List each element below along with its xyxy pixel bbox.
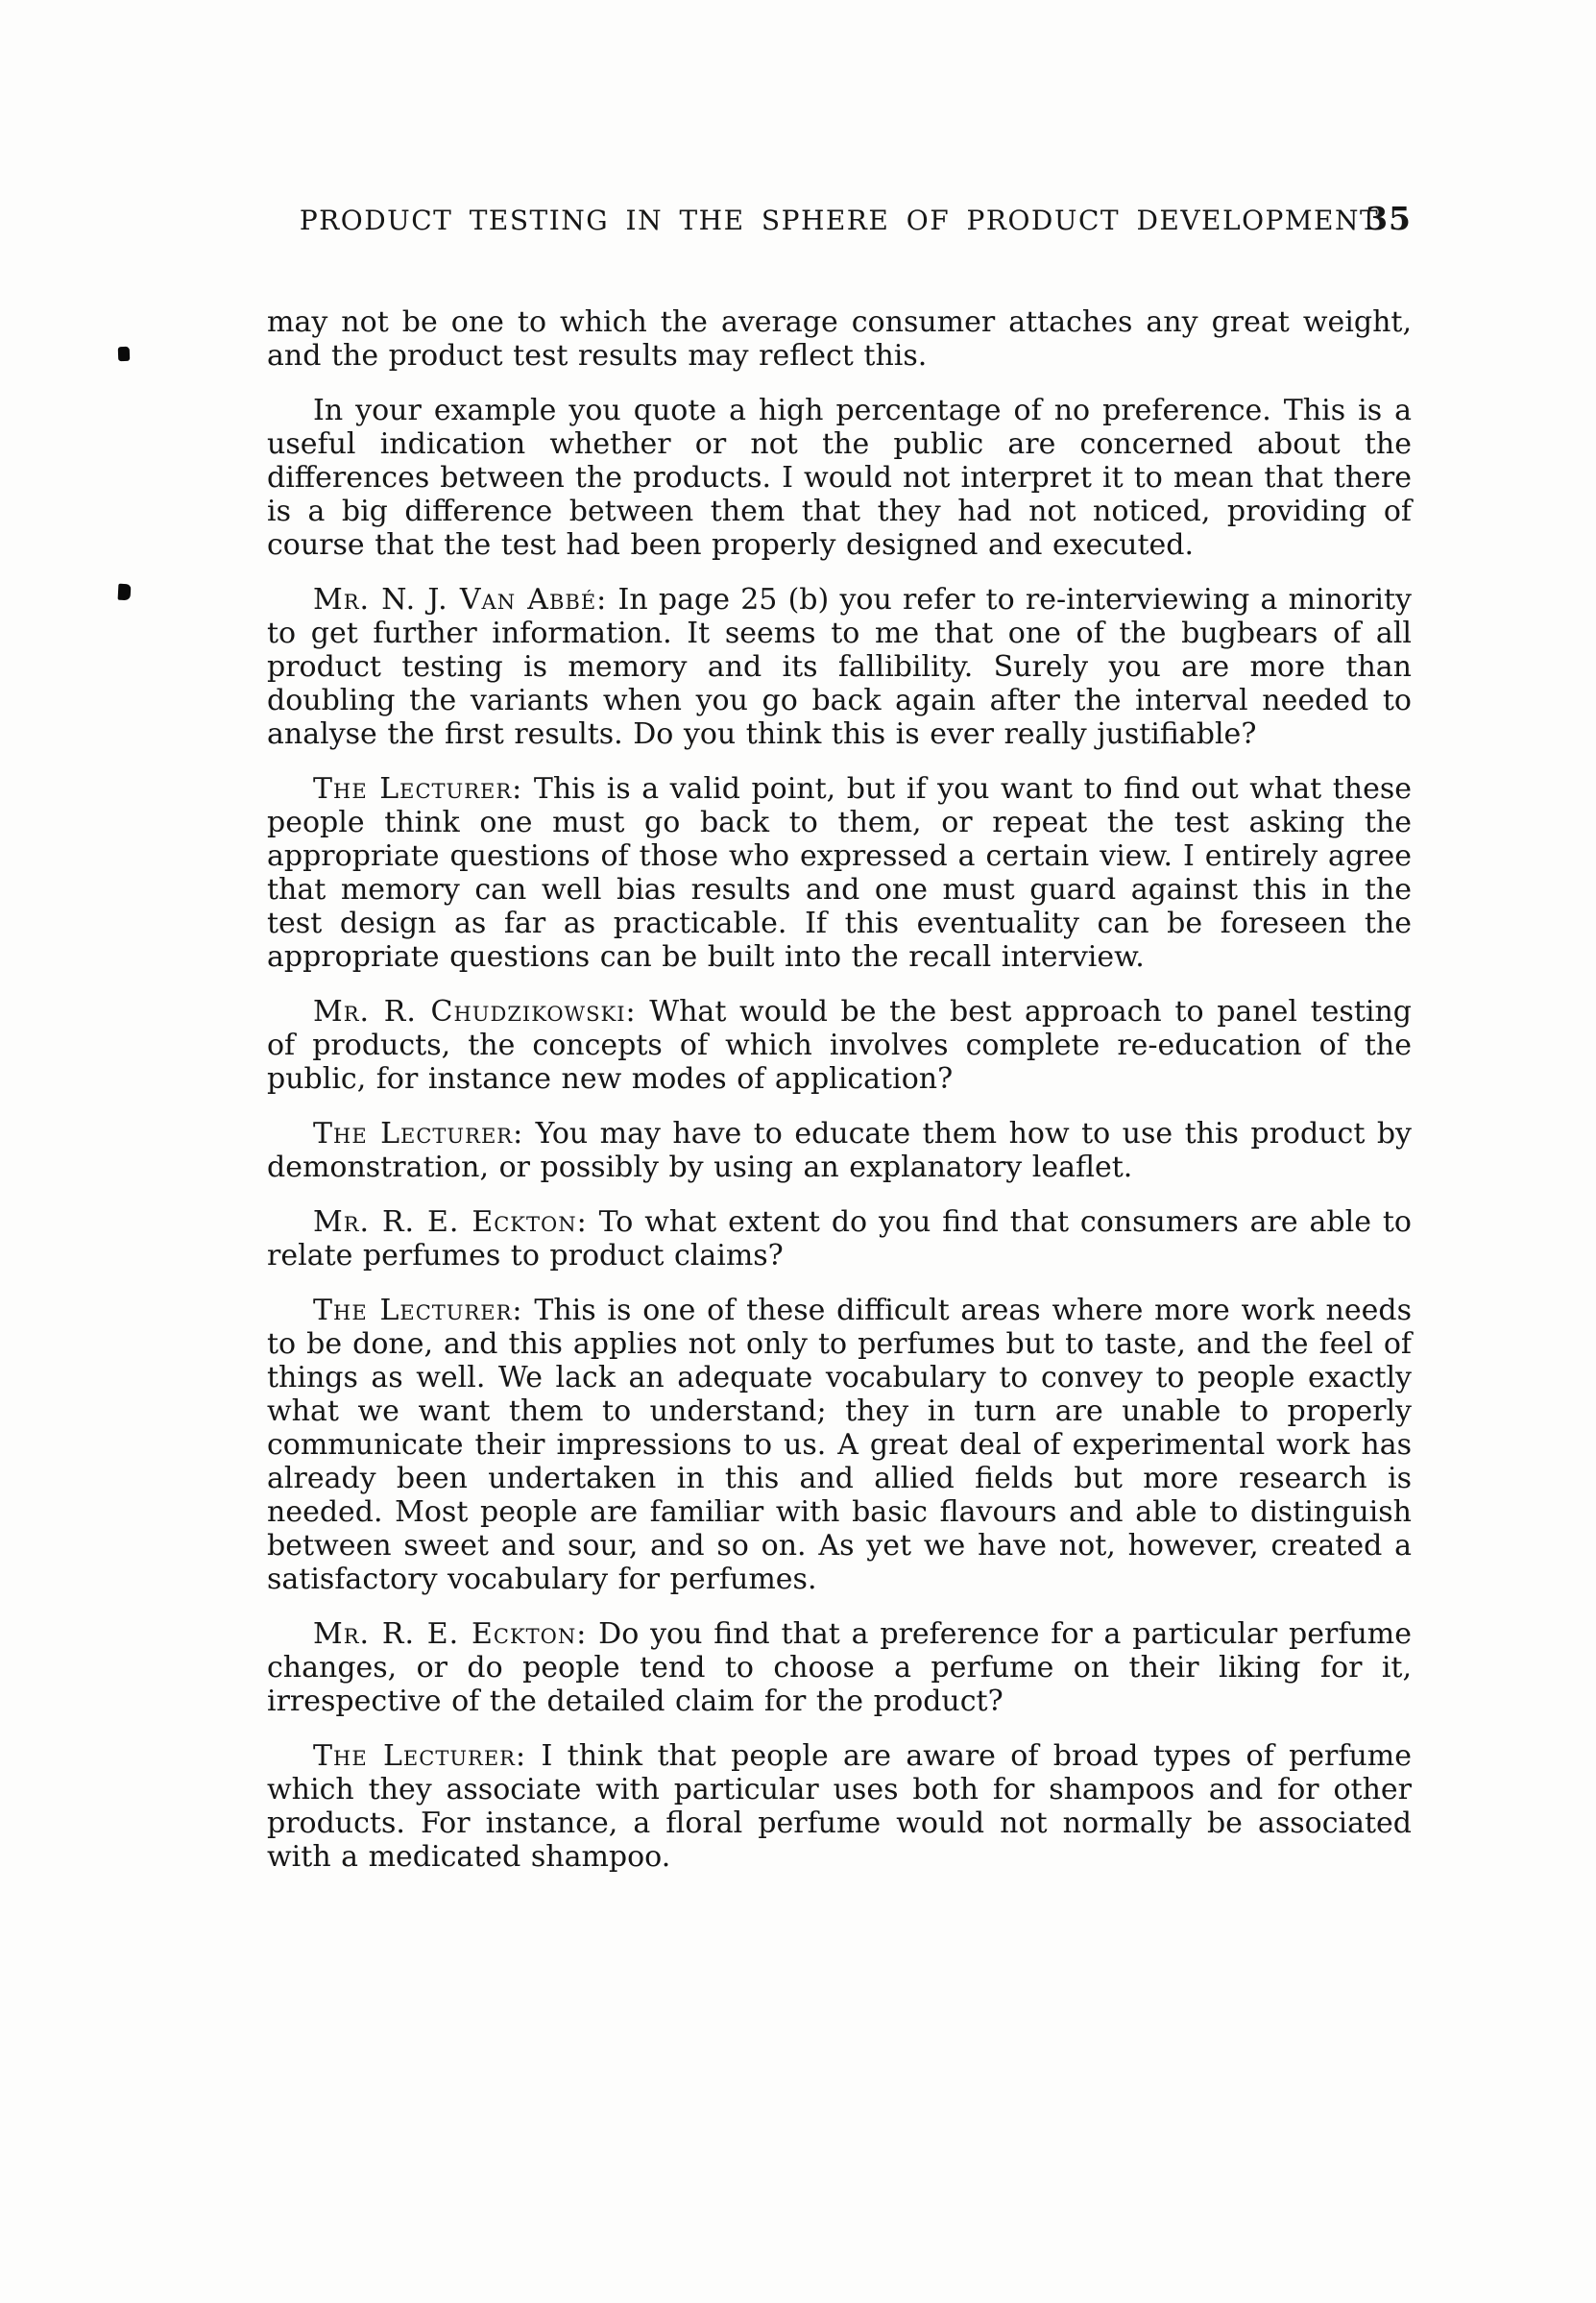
- ink-mark: [118, 584, 132, 601]
- speaker-name: The Lecturer:: [313, 1739, 526, 1773]
- paragraph: The Lecturer: This is one of these diffi…: [267, 1294, 1412, 1596]
- paragraph: Mr. R. E. Eckton: To what extent do you …: [267, 1205, 1412, 1273]
- speaker-name: Mr. N. J. Van Abbé:: [313, 583, 607, 617]
- speaker-name: Mr. R. Chudzikowski:: [313, 995, 637, 1029]
- page-number: 35: [1366, 200, 1412, 238]
- speaker-name: Mr. R. E. Eckton:: [313, 1617, 587, 1651]
- page-body: may not be one to which the average cons…: [267, 305, 1412, 1895]
- ink-mark: [118, 347, 131, 361]
- speaker-name: The Lecturer:: [313, 1294, 523, 1327]
- page-title: PRODUCT TESTING IN THE SPHERE OF PRODUCT…: [267, 204, 1412, 238]
- paragraph: may not be one to which the average cons…: [267, 305, 1412, 373]
- running-head: PRODUCT TESTING IN THE SPHERE OF PRODUCT…: [267, 204, 1412, 242]
- paragraph: In your example you quote a high percent…: [267, 394, 1412, 562]
- paragraph: The Lecturer: I think that people are aw…: [267, 1739, 1412, 1874]
- speaker-name: The Lecturer:: [313, 772, 522, 806]
- paragraph: The Lecturer: This is a valid point, but…: [267, 772, 1412, 974]
- speaker-name: Mr. R. E. Eckton:: [313, 1205, 588, 1239]
- speaker-name: The Lecturer:: [313, 1117, 523, 1151]
- paragraph: Mr. N. J. Van Abbé: In page 25 (b) you r…: [267, 583, 1412, 751]
- paragraph: The Lecturer: You may have to educate th…: [267, 1117, 1412, 1184]
- paragraph: Mr. R. Chudzikowski: What would be the b…: [267, 995, 1412, 1096]
- book-page: PRODUCT TESTING IN THE SPHERE OF PRODUCT…: [0, 0, 1596, 2303]
- paragraph: Mr. R. E. Eckton: Do you find that a pre…: [267, 1617, 1412, 1718]
